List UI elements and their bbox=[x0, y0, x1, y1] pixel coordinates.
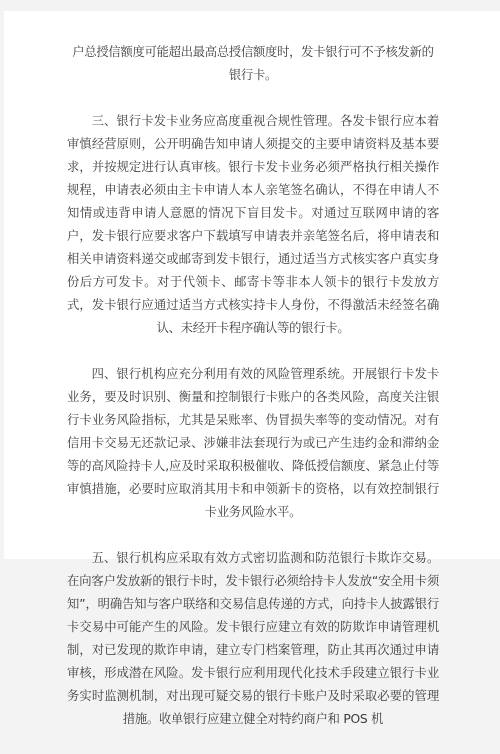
paragraph-section-3: 三、银行卡发卡业务应高度重视合规性管理。各发卡银行应本着审慎经营原则，公开明确告… bbox=[67, 110, 439, 340]
document-page: 户总授信额度可能超出最高总授信额度时，发卡银行可不予核发新的银行卡。 三、银行卡… bbox=[4, 11, 500, 559]
paragraph-section-5: 五、银行机构应采取有效方式密切监测和防范银行卡欺诈交易。在向客户发放新的银行卡时… bbox=[67, 547, 439, 559]
paragraph-fragment: 户总授信额度可能超出最高总授信额度时，发卡银行可不予核发新的银行卡。 bbox=[67, 41, 439, 87]
paragraph-section-4: 四、银行机构应充分利用有效的风险管理系统。开展银行卡发卡业务，要及时识别、衡量和… bbox=[67, 363, 439, 524]
document-body: 户总授信额度可能超出最高总授信额度时，发卡银行可不予核发新的银行卡。 三、银行卡… bbox=[67, 41, 439, 559]
